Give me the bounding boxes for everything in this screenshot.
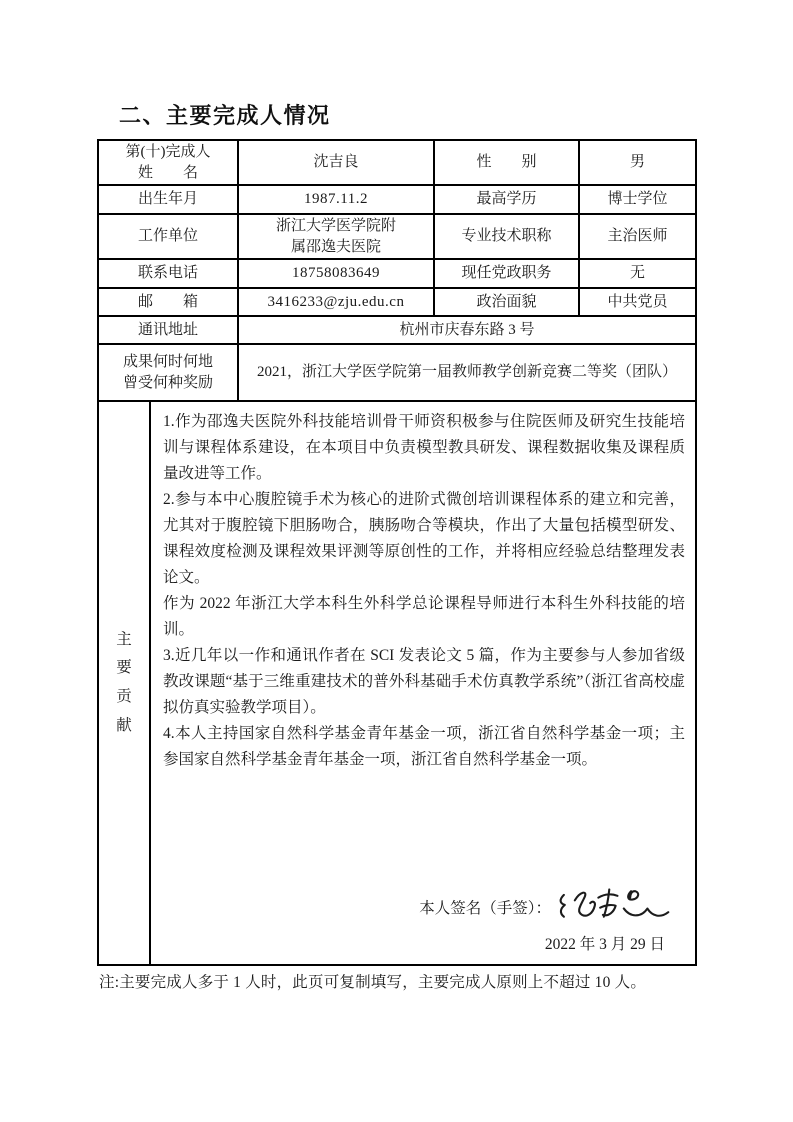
field-value-mailing-address: 杭州市庆春东路 3 号 <box>239 317 695 345</box>
field-label-mailing-address: 通讯地址 <box>99 317 239 345</box>
field-value-professional-title: 主治医师 <box>580 215 695 260</box>
field-value-political-status: 中共党员 <box>580 289 695 317</box>
field-value-highest-education: 博士学位 <box>580 186 695 215</box>
field-value-work-unit: 浙江大学医学院附 属邵逸夫医院 <box>239 215 435 260</box>
field-label-email: 邮 箱 <box>99 289 239 317</box>
field-value-awards-history: 2021，浙江大学医学院第一届教师教学创新竞赛二等奖（团队） <box>239 345 695 402</box>
field-label-completer-name: 第(十)完成人 姓 名 <box>99 141 239 186</box>
field-value-birth-date: 1987.11.2 <box>239 186 435 215</box>
field-label-party-post: 现任党政职务 <box>435 260 580 289</box>
field-label-work-unit: 工作单位 <box>99 215 239 260</box>
footer-note: 注:主要完成人多于 1 人时，此页可复制填写，主要完成人原则上不超过 10 人。 <box>99 970 646 992</box>
field-label-political-status: 政治面貌 <box>435 289 580 317</box>
field-value-email: 3416233@zju.edu.cn <box>239 289 435 317</box>
field-label-main-contribution: 主 要 贡 献 <box>99 402 151 964</box>
signature-label: 本人签名（手签）： <box>419 898 551 920</box>
completer-info-table: 第(十)完成人 姓 名 沈吉良 性 别 男 出生年月 1987.11.2 最高学… <box>97 139 697 966</box>
main-contribution-row: 主 要 贡 献 1.作为邵逸夫医院外科技能培训骨干师资积极参与住院医师及研究生技… <box>99 402 695 964</box>
handwritten-signature <box>553 880 671 928</box>
field-label-awards-history: 成果何时何地 曾受何种奖励 <box>99 345 239 402</box>
field-value-phone: 18758083649 <box>239 260 435 289</box>
field-label-professional-title: 专业技术职称 <box>435 215 580 260</box>
field-value-main-contribution: 1.作为邵逸夫医院外科技能培训骨干师资积极参与住院医师及研究生技能培训与课程体系… <box>151 402 695 964</box>
document-page: 二、主要完成人情况 第(十)完成人 姓 名 沈吉良 性 别 男 出生年月 198… <box>0 0 793 1122</box>
field-value-gender: 男 <box>580 141 695 186</box>
main-contribution-text: 1.作为邵逸夫医院外科技能培训骨干师资积极参与住院医师及研究生技能培训与课程体系… <box>163 409 685 773</box>
signature-date: 2022 年 3 月 29 日 <box>545 932 665 954</box>
field-label-highest-education: 最高学历 <box>435 186 580 215</box>
field-label-gender: 性 别 <box>435 141 580 186</box>
page-title: 二、主要完成人情况 <box>119 99 331 130</box>
field-value-completer-name: 沈吉良 <box>239 141 435 186</box>
field-label-birth-date: 出生年月 <box>99 186 239 215</box>
signature-row: 本人签名（手签）： <box>419 880 671 920</box>
field-value-party-post: 无 <box>580 260 695 289</box>
field-label-phone: 联系电话 <box>99 260 239 289</box>
